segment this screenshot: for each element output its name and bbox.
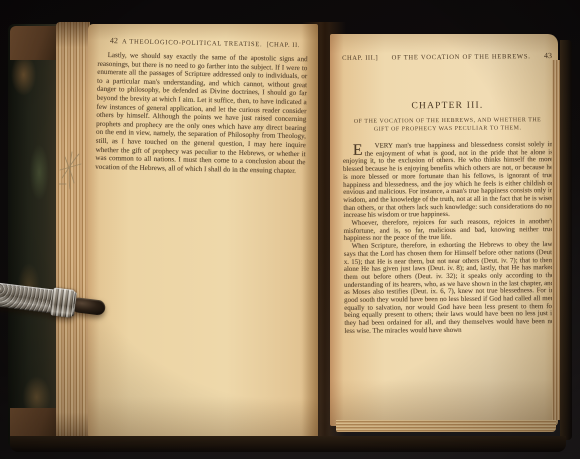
drop-cap-letter: E [343, 143, 365, 158]
right-paragraph-1-text: VERY man's true happiness and blessednes… [343, 141, 553, 219]
left-running-head: 42 A THEOLOGICO-POLITICAL TREATISE. [CHA… [94, 36, 310, 50]
right-running-title: OF THE VOCATION OF THE HEBREWS. [392, 53, 531, 61]
left-page-number: 42 [110, 36, 118, 45]
pencil-margin-mark [59, 151, 83, 191]
book-page-right: CHAP. III.] OF THE VOCATION OF THE HEBRE… [330, 34, 558, 426]
left-paragraph: Lastly, we should say exactly the same o… [95, 51, 307, 176]
page-stack-bottom [336, 420, 556, 432]
page-fore-edge-left [56, 22, 90, 446]
photo-open-book: 42 A THEOLOGICO-POLITICAL TREATISE. [CHA… [0, 0, 580, 459]
right-paragraph-3: When Scripture, therefore, in exhorting … [344, 241, 555, 335]
left-page-content: 42 A THEOLOGICO-POLITICAL TREATISE. [CHA… [86, 36, 310, 430]
right-running-head: CHAP. III.] OF THE VOCATION OF THE HEBRE… [342, 51, 552, 62]
left-body-text: Lastly, we should say exactly the same o… [91, 51, 309, 176]
clasp-ferrule [50, 287, 75, 317]
book-page-left: 42 A THEOLOGICO-POLITICAL TREATISE. [CHA… [88, 24, 318, 438]
right-page-number: 43 [544, 51, 552, 60]
right-body-text: EVERY man's true happiness and blessedne… [343, 141, 555, 335]
book-cover-right-edge [560, 40, 572, 440]
book-cover-left-marbled [8, 24, 60, 448]
chapter-subtitle: OF THE VOCATION OF THE HEBREWS, AND WHET… [350, 117, 546, 134]
book-bottom-cover-edge [10, 436, 566, 452]
right-paragraph-1: EVERY man's true happiness and blessedne… [343, 141, 554, 220]
right-chapter-marker: CHAP. III.] [342, 55, 378, 62]
leather-corner-top [10, 26, 58, 60]
right-page-content: CHAP. III.] OF THE VOCATION OF THE HEBRE… [342, 51, 555, 417]
chapter-heading: CHAPTER III. [342, 100, 552, 112]
left-chapter-marker: [CHAP. II. [266, 41, 300, 49]
right-paragraph-2: Whoever, therefore, rejoices for such re… [343, 218, 553, 243]
left-running-title: A THEOLOGICO-POLITICAL TREATISE. [122, 38, 263, 48]
